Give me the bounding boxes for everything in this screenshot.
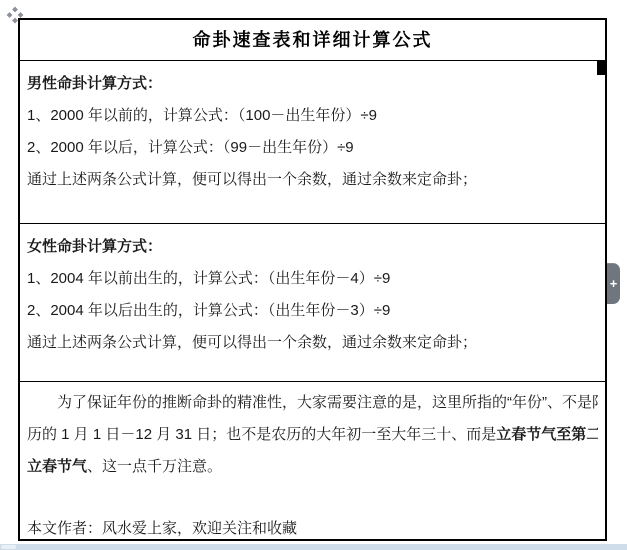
note-text: 、这一点千万注意。 <box>87 458 222 475</box>
male-section-header: 男性命卦计算方式： <box>27 68 595 100</box>
text-cursor-mark <box>597 61 606 75</box>
male-section-conclusion: 通过上述两条公式计算，便可以得出一个余数，通过余数来定命卦； <box>27 164 595 196</box>
note-line-2: 历的 1 月 1 日－12 月 31 日；也不是农历的大年初一至大年三十、而是立… <box>27 419 598 451</box>
note-text: 为了保证年份的推断命卦的精准性，大家需要注意的是，这里所指的“年份”、不是阳 <box>57 394 598 411</box>
female-formula-line-1: 1、2004 年以前出生的，计算公式：（出生年份－4）÷9 <box>27 263 595 295</box>
note-section: 为了保证年份的推断命卦的精准性，大家需要注意的是，这里所指的“年份”、不是阳 历… <box>20 382 605 536</box>
male-formula-section: 男性命卦计算方式： 1、2000 年以前的，计算公式：（100－出生年份）÷9 … <box>20 61 605 224</box>
horizontal-scrollbar[interactable] <box>0 544 627 550</box>
note-bold-text: 立春节气 <box>27 458 87 475</box>
page-title: 命卦速查表和详细计算公式 <box>20 20 605 61</box>
table-title-row: 命卦速查表和详细计算公式 <box>20 20 605 61</box>
document-page: 命卦速查表和详细计算公式 男性命卦计算方式： 1、2000 年以前的，计算公式：… <box>0 0 627 550</box>
plus-icon: + <box>607 263 620 304</box>
formula-table: 命卦速查表和详细计算公式 男性命卦计算方式： 1、2000 年以前的，计算公式：… <box>18 18 607 541</box>
author-credit: 本文作者：风水爱上家，欢迎关注和收藏 <box>27 513 598 545</box>
note-line-3: 立春节气、这一点千万注意。 <box>27 451 598 483</box>
female-section-conclusion: 通过上述两条公式计算，便可以得出一个余数，通过余数来定命卦； <box>27 327 595 359</box>
expand-plus-tab[interactable]: + <box>607 263 620 304</box>
female-formula-line-2: 2、2004 年以后出生的，计算公式：（出生年份－3）÷9 <box>27 295 595 327</box>
note-text: 历的 1 月 1 日－12 月 31 日；也不是农历的大年初一至大年三十、而是 <box>27 426 496 443</box>
blank-paragraph <box>27 483 598 513</box>
note-line-1: 为了保证年份的推断命卦的精准性，大家需要注意的是，这里所指的“年份”、不是阳 <box>27 387 598 419</box>
note-bold-text: 立春节气至第二年的 <box>496 426 598 443</box>
scrollbar-thumb[interactable] <box>1 545 16 549</box>
male-formula-line-1: 1、2000 年以前的，计算公式：（100－出生年份）÷9 <box>27 100 595 132</box>
female-formula-section: 女性命卦计算方式： 1、2004 年以前出生的，计算公式：（出生年份－4）÷9 … <box>20 224 605 382</box>
male-formula-line-2: 2、2000 年以后，计算公式：（99－出生年份）÷9 <box>27 132 595 164</box>
female-section-header: 女性命卦计算方式： <box>27 231 595 263</box>
